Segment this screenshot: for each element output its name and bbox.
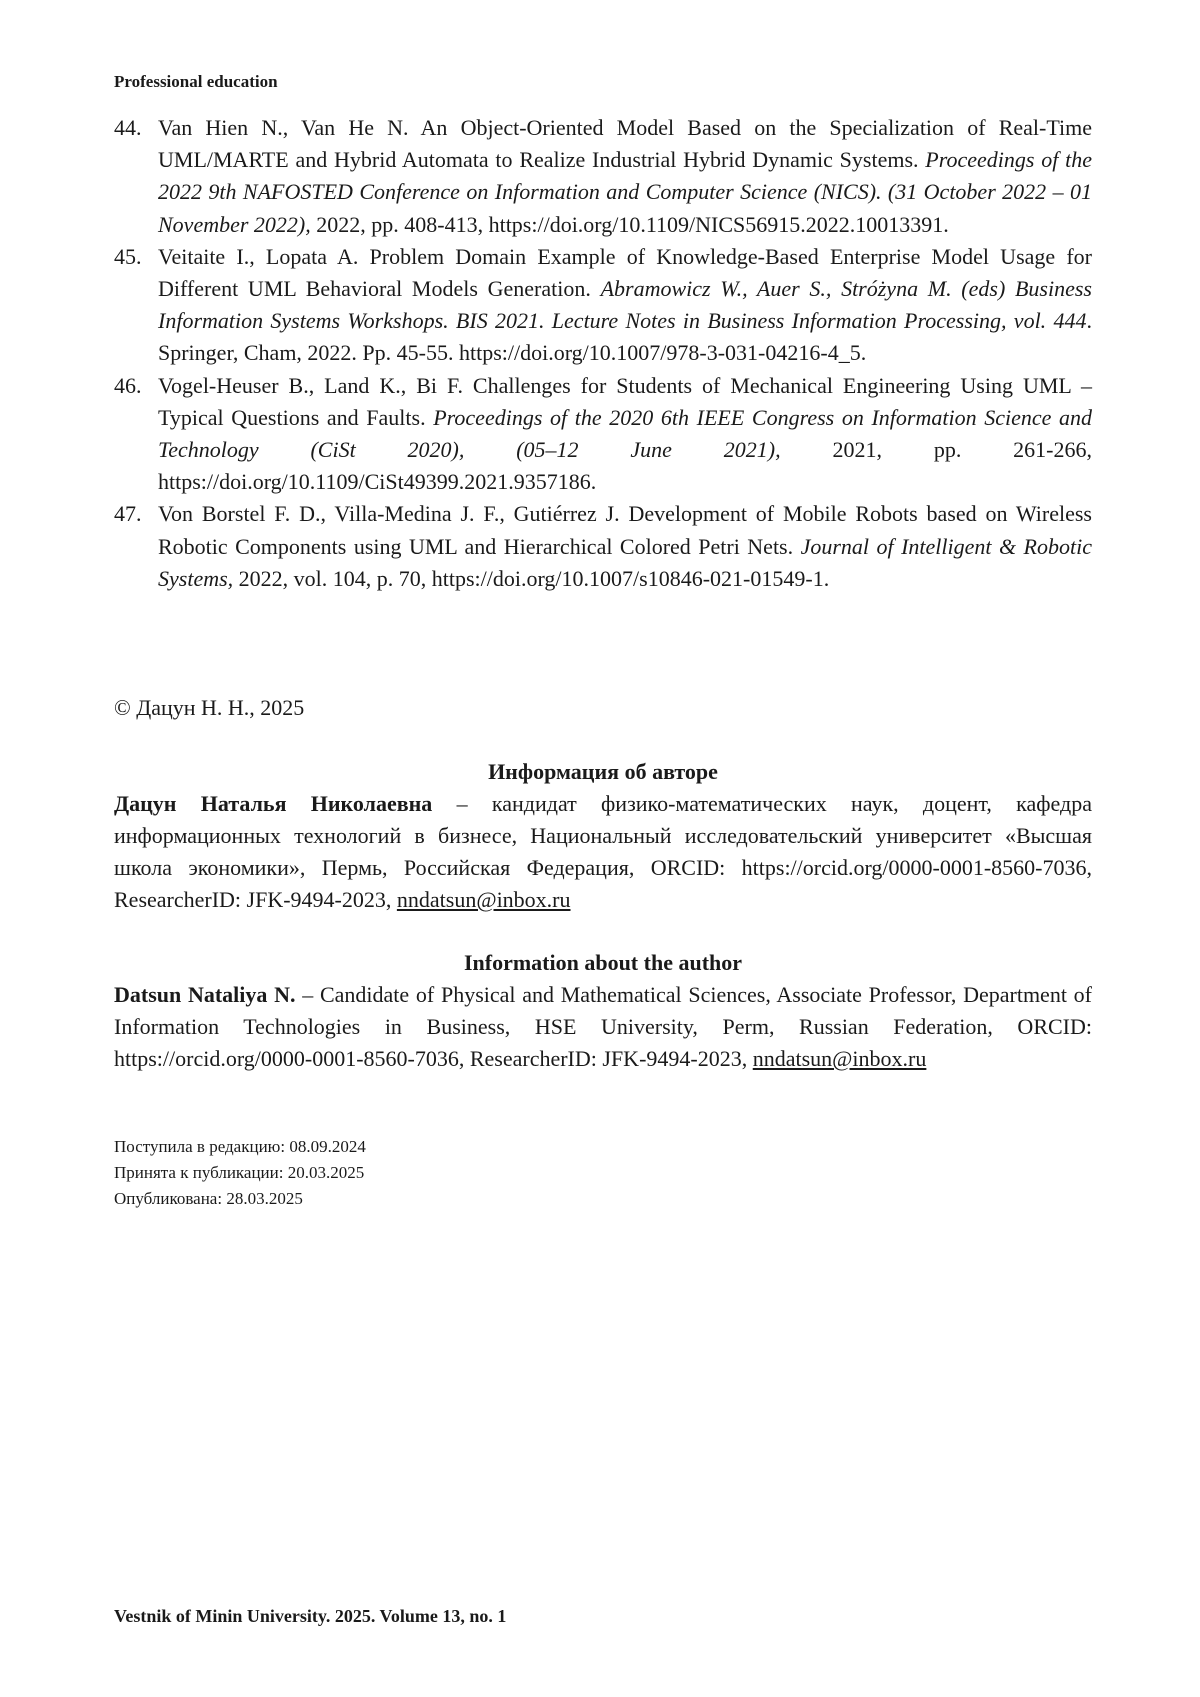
author-info-en-title: Information about the author (114, 947, 1092, 979)
author-info-ru: Информация об авторе Дацун Наталья Никол… (114, 756, 1092, 916)
author-info-ru-text: Дацун Наталья Николаевна – кандидат физи… (114, 788, 1092, 916)
author-name-en: Datsun Nataliya N. (114, 982, 296, 1007)
reference-item: 45.Veitaite I., Lopata A. Problem Domain… (114, 241, 1092, 370)
reference-item: 46.Vogel-Heuser B., Land K., Bi F. Chall… (114, 370, 1092, 499)
reference-number: 45. (114, 241, 142, 273)
reference-number: 46. (114, 370, 142, 402)
reference-item: 47.Von Borstel F. D., Villa-Medina J. F.… (114, 498, 1092, 595)
author-info-ru-title: Информация об авторе (114, 756, 1092, 788)
copyright-notice: © Дацун Н. Н., 2025 (114, 692, 304, 724)
publication-dates: Поступила в редакцию: 08.09.2024 Принята… (114, 1134, 366, 1212)
reference-number: 47. (114, 498, 142, 530)
running-head: Professional education (114, 72, 278, 92)
journal-footer: Vestnik of Minin University. 2025. Volum… (114, 1606, 506, 1627)
author-info-en: Information about the author Datsun Nata… (114, 947, 1092, 1075)
author-name-ru: Дацун Наталья Николаевна (114, 791, 432, 816)
author-info-en-text: Datsun Nataliya N. – Candidate of Physic… (114, 979, 1092, 1075)
author-email-link-ru[interactable]: nndatsun@inbox.ru (397, 887, 571, 912)
reference-item: 44.Van Hien N., Van He N. An Object-Orie… (114, 112, 1092, 241)
received-date: Поступила в редакцию: 08.09.2024 (114, 1134, 366, 1160)
accepted-date: Принята к публикации: 20.03.2025 (114, 1160, 366, 1186)
reference-number: 44. (114, 112, 142, 144)
reference-list: 44.Van Hien N., Van He N. An Object-Orie… (114, 112, 1092, 595)
author-email-link-en[interactable]: nndatsun@inbox.ru (753, 1046, 927, 1071)
published-date: Опубликована: 28.03.2025 (114, 1186, 366, 1212)
reference-details: 2022, vol. 104, p. 70, https://doi.org/1… (233, 566, 829, 591)
reference-details: 2022, pp. 408-413, https://doi.org/10.11… (311, 212, 949, 237)
